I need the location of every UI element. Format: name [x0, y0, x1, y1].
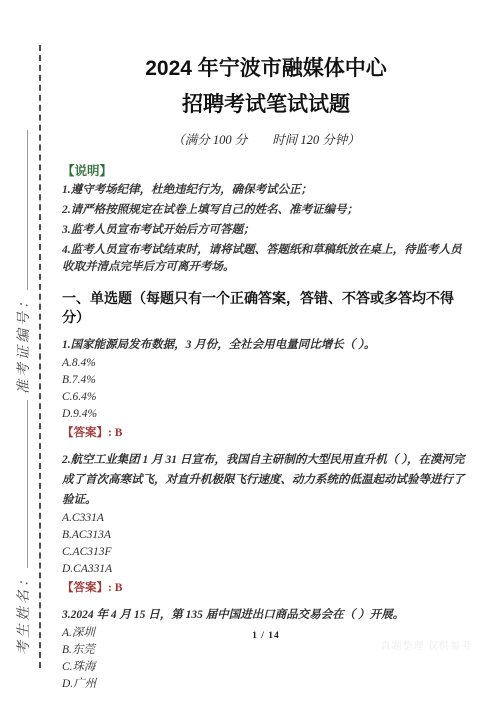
question-1: 1.国家能源局发布数据，3 月份，全社会用电量同比增长（ ）。 A.8.4% B…: [62, 335, 470, 442]
option-c: C.6.4%: [62, 389, 470, 406]
instruction-item: 1.遵守考场纪律，杜绝违纪行为，确保考试公正；: [62, 182, 470, 199]
candidate-name-label: 考生姓名：: [17, 570, 32, 655]
watermark: 真题整理 仅供参考: [381, 637, 473, 652]
exam-content: 2024 年宁波市融媒体中心 招聘考试笔试试题 （满分 100 分 时间 120…: [62, 0, 470, 693]
instruction-item: 4.监考人员宣布考试结束时，请将试题、答题纸和草稿纸放在桌上，待监考人员收取并清…: [62, 242, 470, 276]
candidate-name-blank: [13, 400, 28, 568]
option-a: A.8.4%: [62, 355, 470, 372]
answer-label: 【答案】: B: [62, 425, 470, 442]
exam-title-line2: 招聘考试笔试试题: [62, 92, 470, 118]
question-text: 1.国家能源局发布数据，3 月份，全社会用电量同比增长（ ）。: [62, 335, 470, 355]
instruction-item: 2.请严格按照规定在试卷上填写自己的姓名、准考证编号；: [62, 202, 470, 219]
seal-margin: 考生姓名：准考证编号：: [4, 110, 46, 655]
admission-number-label: 准考证编号：: [17, 292, 32, 394]
option-d: D.广州: [62, 676, 470, 693]
option-d: D.9.4%: [62, 406, 470, 423]
question-text: 2.航空工业集团 1 月 31 日宣布，我国自主研制的大型民用直升机（ ），在漠…: [62, 450, 470, 510]
option-c: C.AC313F: [62, 544, 470, 561]
option-a: A.C331A: [62, 510, 470, 527]
exam-title-line1: 2024 年宁波市融媒体中心: [62, 0, 470, 82]
exam-paper-page: 考生姓名：准考证编号： 2024 年宁波市融媒体中心 招聘考试笔试试题 （满分 …: [0, 0, 500, 707]
question-2: 2.航空工业集团 1 月 31 日宣布，我国自主研制的大型民用直升机（ ），在漠…: [62, 450, 470, 597]
option-c: C.珠海: [62, 659, 470, 676]
option-b: B.AC313A: [62, 527, 470, 544]
option-b: B.7.4%: [62, 372, 470, 389]
instruction-item: 3.监考人员宣布考试开始后方可答题；: [62, 222, 470, 239]
admission-number-blank: [13, 130, 28, 290]
option-d: D.CA331A: [62, 561, 470, 578]
section-heading: 一、单选题（每题只有一个正确答案，答错、不答或多答均不得分）: [62, 289, 470, 327]
question-text: 3.2024 年 4 月 15 日，第 135 届中国进出口商品交易会在（ ）开…: [62, 605, 470, 625]
instructions-heading: 【说明】: [62, 161, 470, 179]
answer-label: 【答案】: B: [62, 580, 470, 597]
exam-subtitle: （满分 100 分 时间 120 分钟）: [62, 130, 470, 148]
